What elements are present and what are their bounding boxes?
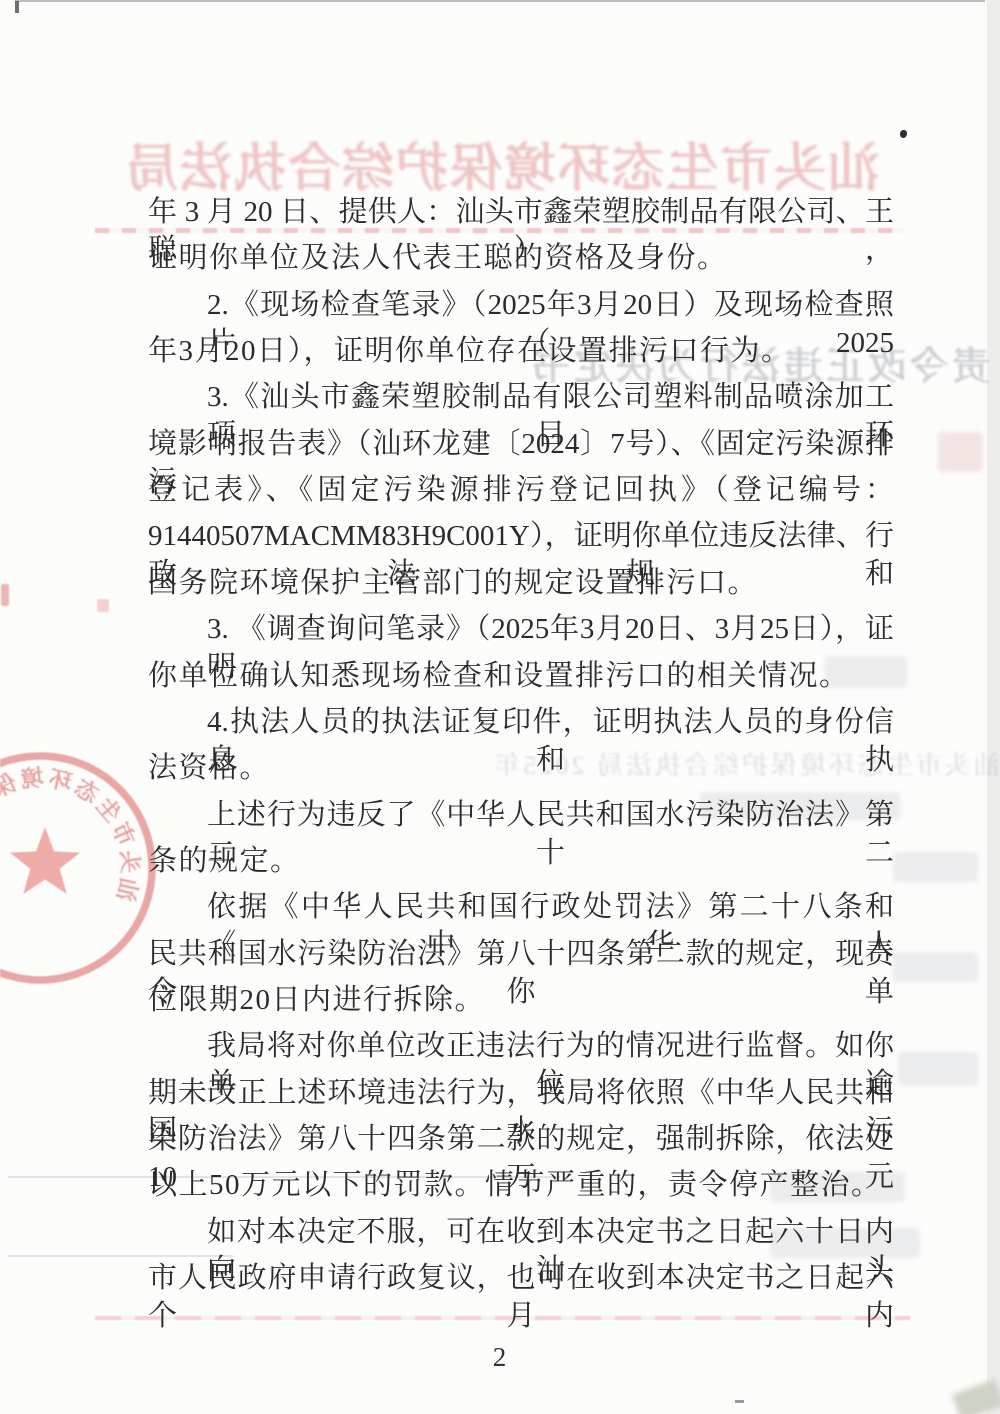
- corner-smudge: [952, 1379, 1000, 1414]
- text-line-22: 以上50万元以下的罚款。情节严重的，责令停产整治。: [148, 1166, 894, 1206]
- page-number: 2: [0, 1342, 1000, 1373]
- tiny-dash-mark: [735, 1400, 744, 1403]
- bleed-smudge: [938, 432, 983, 472]
- scanned-document-page: 汕头市生态环境保护综合执法局 责令改正违法行为决定书 汕头市生态环境保护综合执法…: [0, 0, 1000, 1414]
- text-line-15: 条的规定。: [148, 842, 894, 882]
- text-line-8: 91440507MACMM83H9C001Y），证明你单位违反法律、行政法规和: [148, 517, 894, 557]
- ink-speck: [900, 130, 907, 138]
- text-line-14: 上述行为违反了《中华人民共和国水污染防治法》第二十二: [148, 796, 894, 836]
- text-line-6: 境影响报告表》（汕环龙建〔2024〕7号）、《固定污染源排污: [148, 425, 894, 465]
- red-speck: [1, 584, 9, 606]
- scan-top-edge-line: [15, 0, 985, 2]
- bleed-smudge: [893, 852, 978, 882]
- text-line-17: 民共和国水污染防治法》第八十四条第二款的规定，现责令你单: [148, 935, 894, 975]
- text-line-4: 年3月20日），证明你单位存在设置排污口行为。: [148, 332, 894, 372]
- gray-artifact-line: [8, 1255, 233, 1257]
- text-line-16: 依据《中华人民共和国行政处罚法》第二十八条和《中华人: [148, 888, 894, 928]
- official-seal-stamp-mirrored: 汕头市生态环境保护综合执法局: [0, 740, 170, 1008]
- text-line-2: 证明你单位及法人代表王聪的资格及身份。: [148, 239, 894, 279]
- text-line-23: 如对本决定不服，可在收到本决定书之日起六十日内向汕头: [148, 1213, 894, 1253]
- text-line-18: 位限期20日内进行拆除。: [148, 981, 894, 1021]
- text-line-20: 期未改正上述环境违法行为，我局将依照《中华人民共和国水污: [148, 1074, 894, 1114]
- text-line-5: 3.《汕头市鑫荣塑胶制品有限公司塑料制品喷涂加工项目环: [148, 378, 894, 418]
- bleed-smudge: [893, 952, 978, 982]
- seal-graphic: 汕头市生态环境保护综合执法局: [0, 740, 170, 1008]
- text-line-10: 3. 《调查询问笔录》（2025年3月20日、3月25日），证明: [148, 610, 894, 650]
- scan-corner-mark: [15, 1, 19, 13]
- bleed-smudge: [898, 1052, 978, 1086]
- red-speck: [97, 599, 109, 612]
- seal-star: [10, 827, 80, 894]
- text-line-21: 染防治法》第八十四条第二款的规定，强制拆除，依法处10万元: [148, 1120, 894, 1160]
- text-line-1: 年 3 月 20 日、提供人：汕头市鑫荣塑胶制品有限公司、王聪），: [148, 193, 894, 233]
- text-line-7: 登记表》、《固定污染源排污登记回执》（登记编号：: [148, 471, 894, 511]
- text-line-3: 2.《现场检查笔录》（2025年3月20日）及现场检查照片（2025: [148, 286, 894, 326]
- text-line-12: 4.执法人员的执法证复印件，证明执法人员的身份信息和执: [148, 703, 894, 743]
- text-line-9: 国务院环境保护主管部门的规定设置排污口。: [148, 564, 894, 604]
- text-line-19: 我局将对你单位改正违法行为的情况进行监督。如你单位逾: [148, 1027, 894, 1067]
- scan-edge-shadow: [987, 0, 1000, 1414]
- text-line-24: 市人民政府申请行政复议，也可在收到本决定书之日起六个月内: [148, 1259, 894, 1299]
- text-line-13: 法资格。: [148, 749, 894, 789]
- text-line-11: 你单位确认知悉现场检查和设置排污口的相关情况。: [148, 657, 894, 697]
